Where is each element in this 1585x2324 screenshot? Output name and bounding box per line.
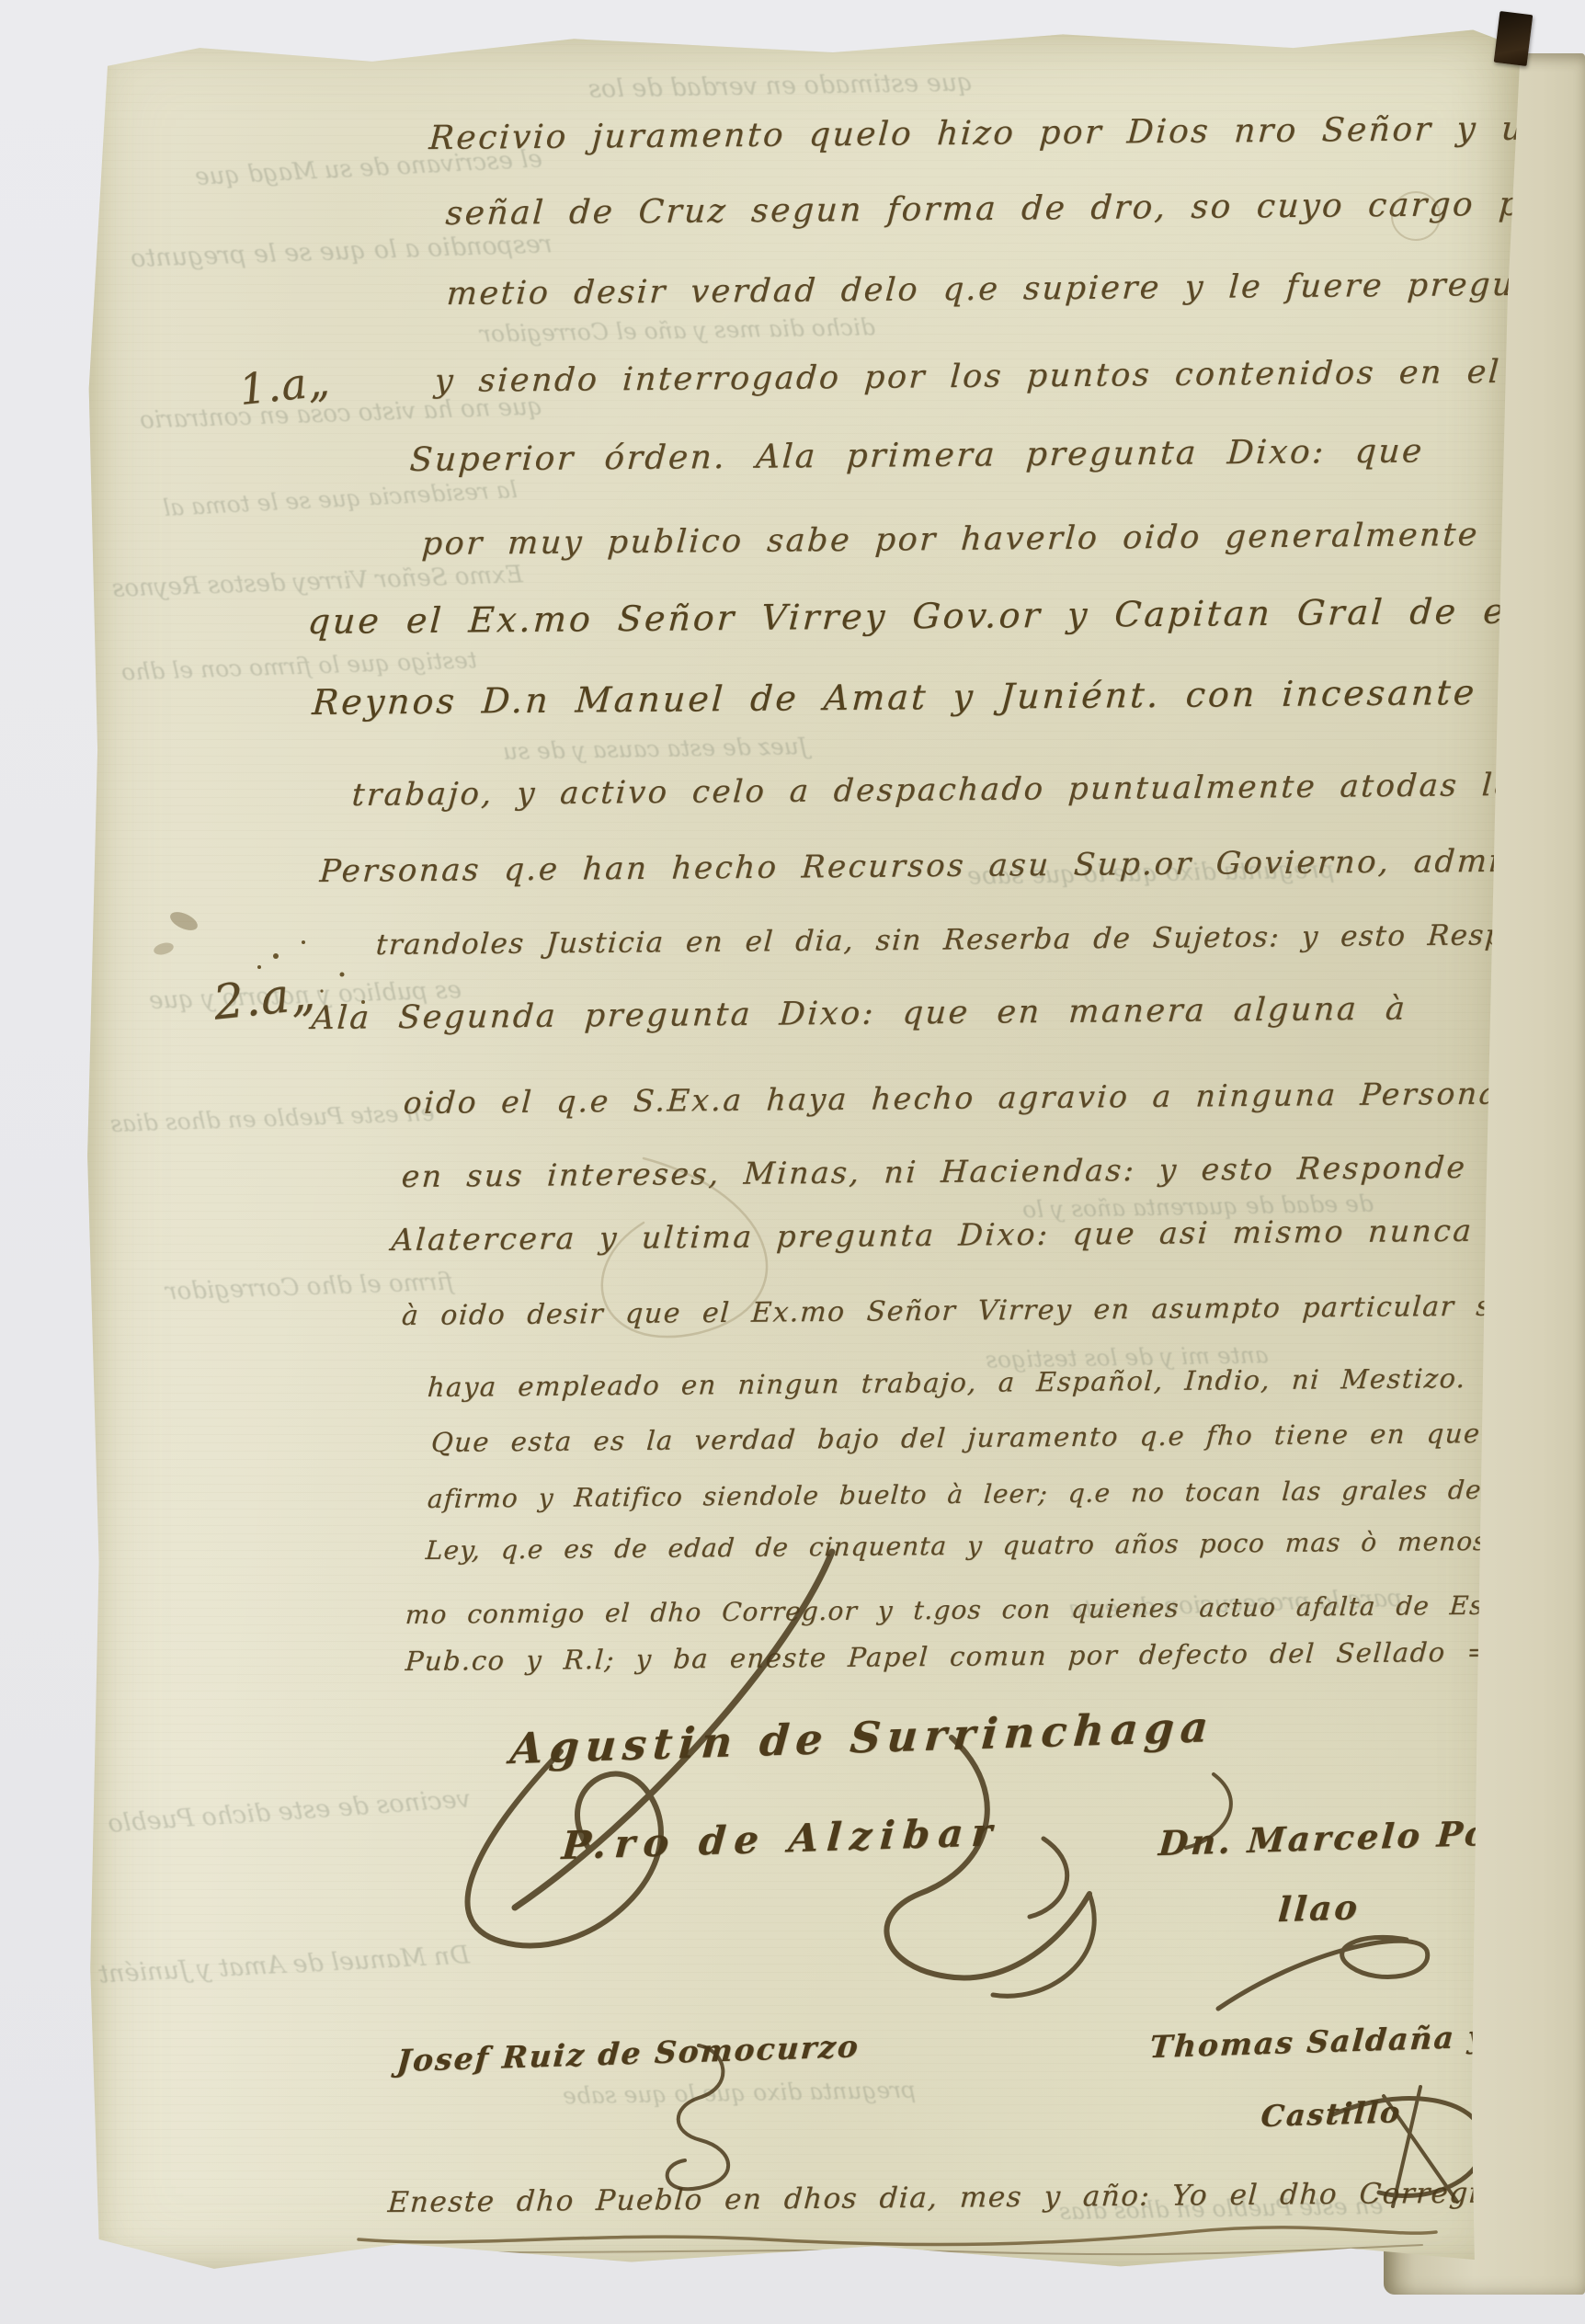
manuscript-line: Personas q.e han hecho Recursos asu Sup.… [319,842,1556,890]
bleedthrough-text: Exmo Señor Virrey destos Reynos [112,561,524,603]
bleedthrough-text: testigo que lo firmo con el dho [121,646,478,685]
manuscript-line: afirmo y Ratifico siendole buelto à leer… [427,1475,1528,1514]
bleedthrough-text: pregunta dixo que lo que sabe [563,2077,917,2110]
manuscript-line: Pub.co y R.l; y ba eneste Papel comun po… [405,1636,1491,1677]
question-marker-2: 2.a„ [211,965,318,1031]
manuscript-line: metio desir verdad delo q.e supiere y le… [446,266,1585,313]
question-marker-1: 1.a„ [236,356,332,415]
manuscript-line: mo conmigo el dho Correg.or y t.gos con … [405,1589,1542,1630]
manuscript-line: Ley, q.e es de edad de cinquenta y quatr… [425,1525,1585,1566]
signature-surrinchaga: Agustin de Surrinchaga [508,1702,1216,1773]
manuscript-line: que el Ex.mo Señor Virrey Gov.or y Capit… [306,590,1585,642]
signature-rubric [886,1737,1089,1978]
manuscript-line: Recivio juramento quelo hizo por Dios nr… [428,109,1571,157]
bleedthrough-text: Dn Manuel de Amat y Juniént [97,1941,470,1988]
manuscript-line: Ala Segunda pregunta Dixo: que en manera… [311,991,1408,1037]
signature-somocurzo: Josef Ruiz de Somocurzo [395,2028,861,2079]
manuscript-line: y siendo interrogado por los puntos cont… [434,353,1585,400]
manuscript-line: trandoles Justicia en el dia, sin Reserb… [375,918,1554,962]
manuscript-line: Que esta es la verdad bajo del juramento… [430,1418,1535,1458]
manuscript-line: à oido desir que el Ex.mo Señor Virrey e… [401,1290,1546,1332]
closing-rule [379,2245,1422,2254]
manuscript-line: en sus intereses, Minas, ni Haciendas: y… [401,1148,1524,1194]
bleedthrough-text: la residencia que se le toma al [163,476,519,521]
scanner-background: que estimado en verdad de los el escriva… [0,0,1585,2324]
bleedthrough-text: en este Pueblo en dhos dias [110,1099,435,1137]
manuscript-line: Reynos D.n Manuel de Amat y Juniént. con… [311,672,1477,723]
signature-saldana-line2: Castillo [1260,2094,1403,2134]
bleedthrough-text: respondio a lo que se le pregunto [131,230,553,273]
signature-pomallao-line2: llao [1277,1886,1362,1930]
bookmark-tab [1494,11,1534,66]
manuscript-line: por muy publico sabe por haverlo oido ge… [421,516,1538,563]
manuscript-line: oido el q.e S.Ex.a haya hecho agravio a … [403,1076,1500,1121]
closing-rule [359,2227,1436,2245]
manuscript-line: Alatercera y ultima pregunta Dixo: que a… [391,1213,1475,1258]
manuscript-line: señal de Cruz segun forma de dro, so cuy… [444,185,1563,233]
signature-rubric [1030,1839,1067,1917]
manuscript-page: que estimado en verdad de los el escriva… [85,28,1523,2284]
manuscript-line: trabajo, y activo celo a despachado punt… [351,767,1535,814]
bleedthrough-text: Juez de esta causa y de su [503,733,808,765]
closing-line: Eneste dho Pueblo en dhos dia, mes y año… [387,2175,1585,2219]
signature-rubric [1218,1937,1428,2009]
signature-alzibar: P.ro de Alzibar [560,1809,1001,1868]
bleedthrough-text: que estimado en verdad de los [588,68,974,103]
bleedthrough-text: dicho dia mes y año el Corregidor [480,313,875,347]
signature-rubric [993,1894,1094,1996]
manuscript-line: haya empleado en ningun trabajo, a Españ… [427,1362,1467,1403]
bleedthrough-text: vecinos de este dicho Pueblo [107,1784,471,1838]
signature-saldana-line1: Thomas Saldaña y [1148,2018,1488,2065]
manuscript-line: Superior órden. Ala primera pregunta Dix… [408,432,1425,479]
